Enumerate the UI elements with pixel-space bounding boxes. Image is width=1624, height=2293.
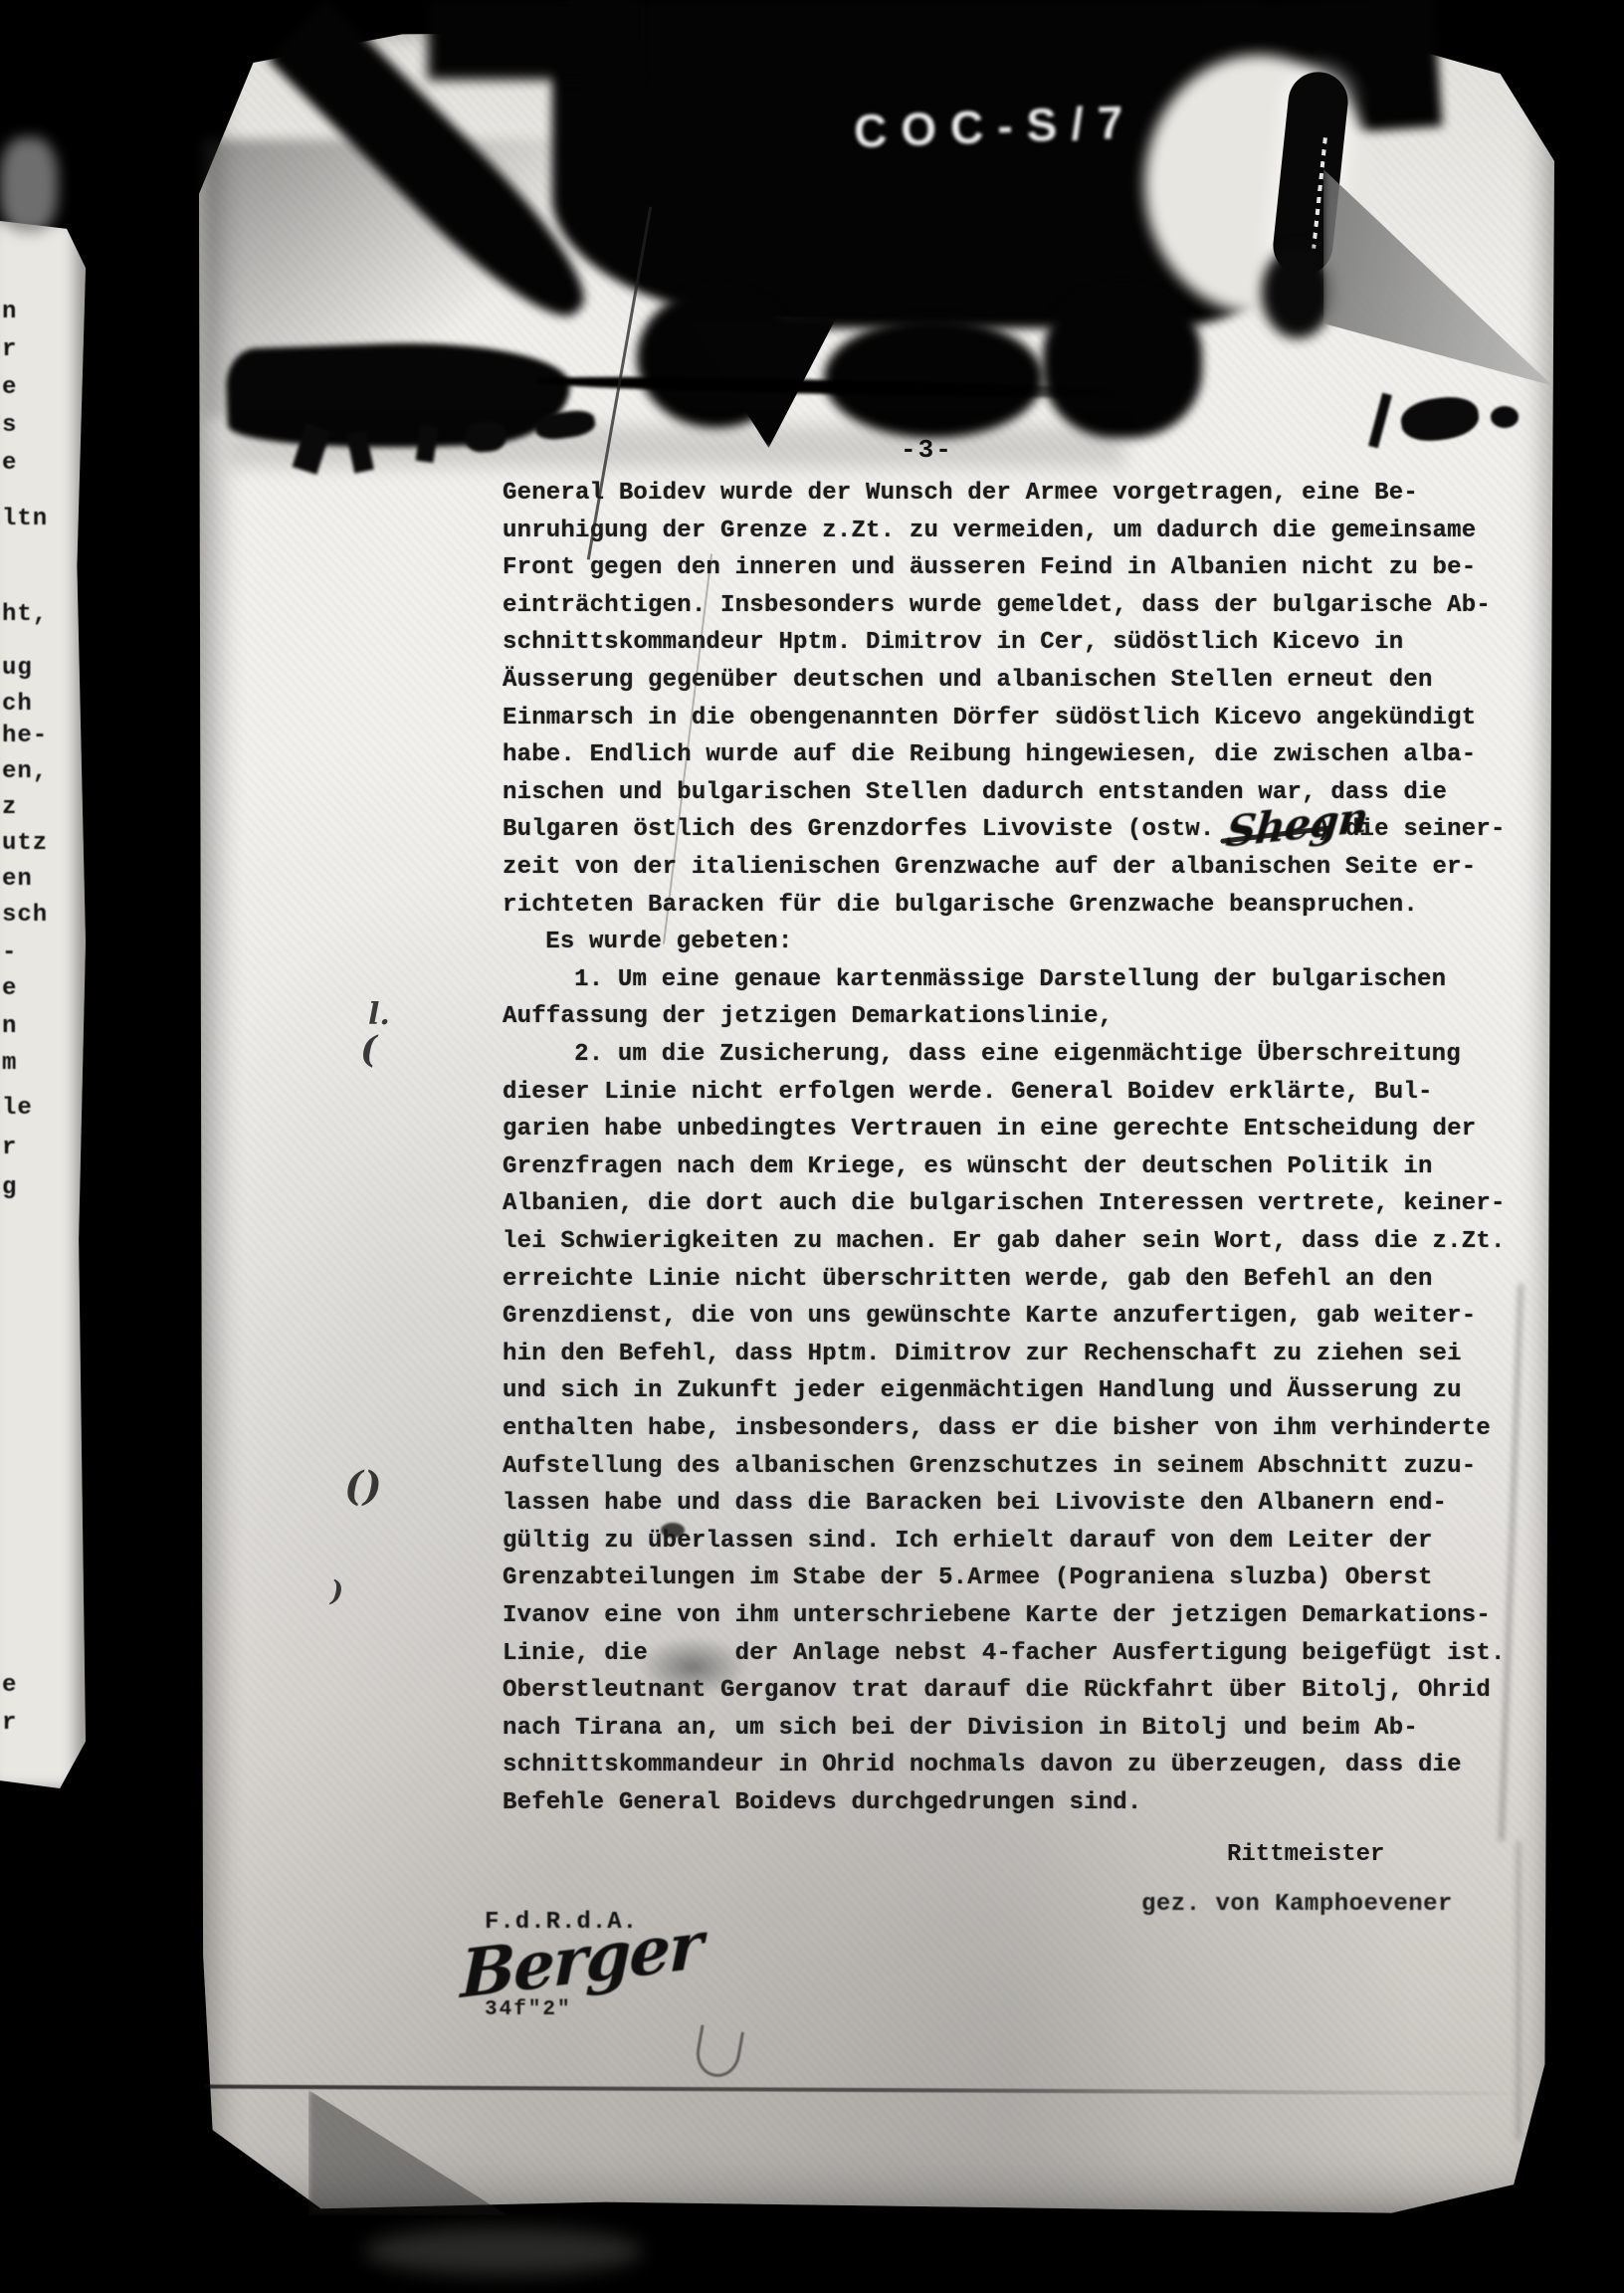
text-line: lassen habe und dass die Baracken bei Li…: [503, 1489, 1447, 1519]
negative-glyphs: COC-S/7: [853, 95, 1137, 158]
text-line: Grenzdienst, die von uns gewünschte Kart…: [503, 1302, 1476, 1332]
blob-bump: [824, 318, 1043, 438]
cutoff-text-fragment: e: [2, 1672, 17, 1699]
text-line: richteten Baracken für die bulgarische G…: [503, 891, 1418, 921]
text-line: 1. Um eine genaue kartenmässige Darstell…: [503, 965, 1446, 995]
text-line: und sich in Zukunft jeder eigenmächtigen…: [503, 1376, 1462, 1406]
spool-shadow: [1262, 247, 1333, 338]
text-line: Grenzfragen nach dem Kriege, es wünscht …: [503, 1152, 1433, 1182]
cutoff-text-fragment: -: [2, 939, 17, 966]
text-line: 2. um die Zusicherung, dass eine eigenmä…: [503, 1040, 1461, 1070]
text-line: Grenzabteilungen im Stabe der 5.Armee (P…: [503, 1563, 1433, 1593]
signature-signed-by: gez. von Kamphoevener: [1141, 1891, 1453, 1918]
body-text: General Boidev wurde der Wunsch der Arme…: [503, 479, 1572, 1832]
cutoff-text-fragment: en,: [2, 758, 48, 785]
scan-smudge-top-left: [0, 137, 58, 233]
text-line: Es wurde gebeten:: [503, 928, 793, 957]
cutoff-text-fragment: s: [2, 412, 17, 439]
text-line: lei Schwierigkeiten zu machen. Er gab da…: [503, 1227, 1506, 1257]
cutoff-text-fragment: le: [2, 1095, 33, 1122]
cutoff-text-fragment: r: [2, 336, 17, 363]
text-line: Auffassung der jetzigen Demarkationslini…: [503, 1002, 1113, 1032]
vertical-streak: [1517, 1841, 1521, 2140]
cutoff-text-fragment: utz: [2, 830, 48, 857]
cutoff-text-fragment: z: [2, 794, 17, 821]
text-line: schnittskommandeur in Ohrid nochmals dav…: [503, 1751, 1462, 1780]
text-line: nach Tirana an, um sich bei der Division…: [503, 1714, 1418, 1744]
text-line: Einmarsch in die obengenannten Dörfer sü…: [503, 704, 1476, 733]
under-page-smear: [364, 2227, 643, 2275]
certification-stamp: 34f"2": [485, 1998, 572, 2021]
cutoff-text-fragment: he-: [2, 723, 48, 749]
ink-smudge: [637, 1637, 748, 1697]
text-line: zeit von der italienischen Grenzwache au…: [503, 853, 1476, 883]
text-line: hin den Befehl, dass Hptm. Dimitrov zur …: [503, 1340, 1462, 1369]
cutoff-text-fragment: ch: [2, 691, 33, 718]
margin-mark: l.: [368, 997, 390, 1032]
cutoff-text-fragment: ht,: [2, 601, 48, 628]
cutoff-text-fragment: r: [2, 1135, 17, 1161]
cutoff-text-fragment: ug: [2, 655, 33, 682]
text-line: garien habe unbedingtes Vertrauen in ein…: [503, 1115, 1476, 1145]
text-line: Albanien, die dort auch die bulgarischen…: [503, 1189, 1506, 1219]
text-line: Ivanov eine von ihm unterschriebene Kart…: [503, 1601, 1491, 1631]
cutoff-text-fragment: r: [2, 1710, 17, 1737]
text-line: unruhigung der Grenze z.Zt. zu vermeiden…: [503, 517, 1476, 546]
adjacent-page-sliver: nreseltnht,ugchhe-en,zutzensch-enmlerger: [0, 221, 86, 1788]
microfilm-scan: nreseltnht,ugchhe-en,zutzensch-enmlerger…: [0, 0, 1624, 2293]
text-line: Äusserung gegenüber deutschen und albani…: [503, 666, 1433, 696]
text-line: gültig zu überlassen sind. Ich erhielt d…: [503, 1527, 1433, 1557]
margin-mark: (: [360, 1029, 377, 1071]
text-line: erreichte Linie nicht überschritten werd…: [503, 1265, 1433, 1295]
cutoff-text-fragment: ltn: [2, 506, 48, 532]
margin-mark: ): [330, 1574, 343, 1607]
margin-mark: (): [344, 1463, 382, 1510]
text-line: enthalten habe, insbesonders, dass er di…: [503, 1414, 1491, 1444]
text-line: Front gegen den inneren und äusseren Fei…: [503, 553, 1476, 583]
cutoff-text-fragment: sch: [2, 902, 48, 929]
cutoff-text-fragment: n: [2, 299, 17, 325]
text-line: einträchtigen. Insbesonders wurde gemeld…: [503, 591, 1491, 621]
blob-bump: [1043, 289, 1202, 438]
cutoff-text-fragment: g: [2, 1174, 17, 1201]
signature-rank: Rittmeister: [1227, 1841, 1384, 1868]
cutoff-text-fragment: e: [2, 975, 17, 1002]
cutoff-text-fragment: m: [2, 1050, 17, 1077]
text-line: schnittskommandeur Hptm. Dimitrov in Cer…: [503, 628, 1403, 658]
cutoff-text-fragment: e: [2, 374, 17, 401]
ink-speck: [661, 1523, 685, 1538]
cutoff-text-fragment: n: [2, 1013, 17, 1040]
text-line: Aufstellung des albanischen Grenzschutze…: [503, 1452, 1476, 1482]
text-line: habe. Endlich wurde auf die Reibung hing…: [503, 740, 1476, 770]
text-line: dieser Linie nicht erfolgen werde. Gener…: [503, 1078, 1433, 1108]
text-line: General Boidev wurde der Wunsch der Arme…: [503, 479, 1418, 509]
cutoff-text-fragment: en: [2, 866, 33, 893]
cutoff-text-fragment: e: [2, 450, 17, 477]
dark-scribble: [1491, 406, 1519, 428]
text-line: Befehle General Boidevs durchgedrungen s…: [503, 1788, 1142, 1818]
